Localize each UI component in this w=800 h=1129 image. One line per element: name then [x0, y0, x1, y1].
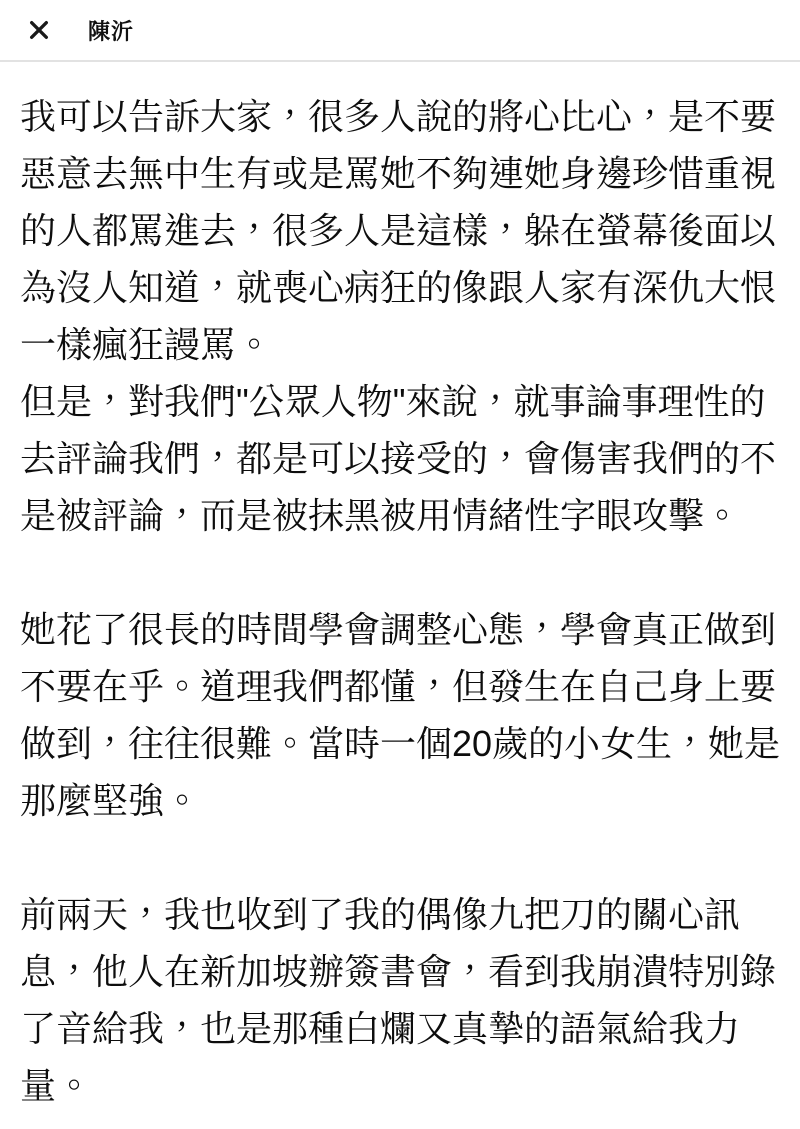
post-content: 我可以告訴大家，很多人說的將心比心，是不要 惡意去無中生有或是罵她不夠連她身邊珍… — [0, 62, 800, 1114]
post-author-name: 陳沂 — [88, 15, 134, 46]
post-paragraph: 前兩天，我也收到了我的偶像九把刀的關心訊 息，他人在新加坡辦簽書會，看到我崩潰特… — [20, 886, 780, 1114]
close-button[interactable] — [28, 12, 64, 48]
post-paragraph: 她花了很長的時間學會調整心態，學會真正做到 不要在乎。道理我們都懂，但發生在自己… — [20, 601, 780, 829]
post-viewer-screen: 陳沂 我可以告訴大家，很多人說的將心比心，是不要 惡意去無中生有或是罵她不夠連她… — [0, 0, 800, 1129]
post-paragraph: 我可以告訴大家，很多人說的將心比心，是不要 惡意去無中生有或是罵她不夠連她身邊珍… — [20, 88, 780, 544]
header-bar: 陳沂 — [0, 0, 800, 62]
close-icon — [28, 19, 50, 41]
